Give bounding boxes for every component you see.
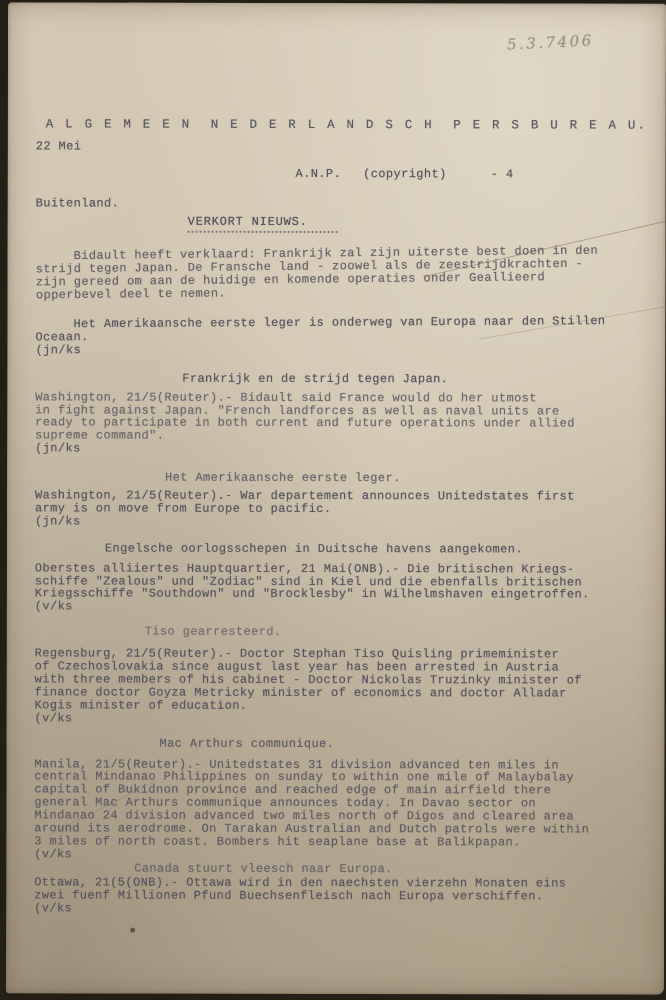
paper-sheet: 5.3.7406 A L G E M E E N N E D E R L A N… — [6, 2, 666, 994]
item-heading: Canada stuurt vleesch naar Europa. — [134, 862, 640, 876]
item-heading: Tiso gearresteerd. — [145, 626, 641, 640]
news-item-lead-2: Het Amerikaansche eerste leger is onderw… — [35, 315, 641, 357]
ink-speck — [130, 928, 135, 933]
item-signature: (jn/ks — [36, 341, 642, 357]
date-line: 22 Mei — [36, 140, 642, 154]
item-body: Regensburg, 21/5(Reuter).- Doctor Stepha… — [35, 648, 641, 714]
document-photo: 5.3.7406 A L G E M E E N N E D E R L A N… — [0, 0, 666, 1000]
item-body: Washington, 21/5(Reuter).- War departeme… — [35, 489, 641, 516]
agency-abbrev: A.N.P. — [295, 167, 341, 181]
page-title: VERKORT NIEUWS. — [188, 216, 642, 230]
news-item-oorlogsschepen: Engelsche oorlogsschepen in Duitsche hav… — [35, 542, 641, 615]
item-signature: (jn/ks — [35, 515, 641, 529]
item-signature: (jn/ks — [35, 443, 641, 457]
bureau-name: A L G E M E E N N E D E R L A N D S C H … — [46, 118, 642, 132]
item-body: Manila, 21/5(Reuter).- Unitedstates 31 d… — [34, 758, 640, 850]
page-number: - 4 — [491, 167, 514, 181]
item-body: Washington, 21/5(Reuter).- Bidault said … — [35, 391, 641, 444]
item-signature: (v/ks — [35, 712, 641, 726]
news-item-tiso: Tiso gearresteerd. Regensburg, 21/5(Reut… — [35, 626, 641, 727]
item-body: Bidault heeft verklaard: Frankrijk zal z… — [36, 245, 642, 303]
news-item-frankrijk-japan: Frankrijk en de strijd tegen Japan. Wash… — [35, 372, 641, 457]
news-item-eerste-leger: Het Amerikaansche eerste leger. Washingt… — [35, 471, 641, 529]
item-body: Het Amerikaansche eerste leger is onderw… — [35, 315, 641, 344]
news-item-macarthur: Mac Arthurs communique. Manila, 21/5(Reu… — [34, 737, 640, 862]
title-underline — [188, 231, 338, 233]
item-heading: Mac Arthurs communique. — [159, 737, 640, 751]
item-heading: Frankrijk en de strijd tegen Japan. — [182, 372, 641, 386]
item-signature: (v/ks — [34, 848, 640, 862]
news-item-lead: Bidault heeft verklaard: Frankrijk zal z… — [36, 245, 642, 303]
handwritten-archive-number: 5.3.7406 — [507, 31, 595, 53]
item-body: Ottawa, 21(5(ONB).- Ottawa wird in den n… — [34, 876, 640, 903]
typed-content: A L G E M E E N N E D E R L A N D S C H … — [34, 118, 642, 916]
section-label: Buitenland. — [36, 197, 642, 211]
item-heading: Het Amerikaansche eerste leger. — [165, 472, 641, 486]
item-body: Oberstes alliiertes Hauptquartier, 21 Ma… — [35, 562, 641, 602]
copyright-note: (copyright) — [363, 167, 447, 181]
item-signature: (v/ks — [35, 601, 641, 615]
item-signature: (v/ks — [34, 902, 640, 916]
item-heading: Engelsche oorlogsschepen in Duitsche hav… — [105, 542, 641, 556]
agency-line: A.N.P.(copyright)- 4 — [235, 155, 642, 195]
news-item-canada: Canada stuurt vleesch naar Europa. Ottaw… — [34, 862, 640, 916]
